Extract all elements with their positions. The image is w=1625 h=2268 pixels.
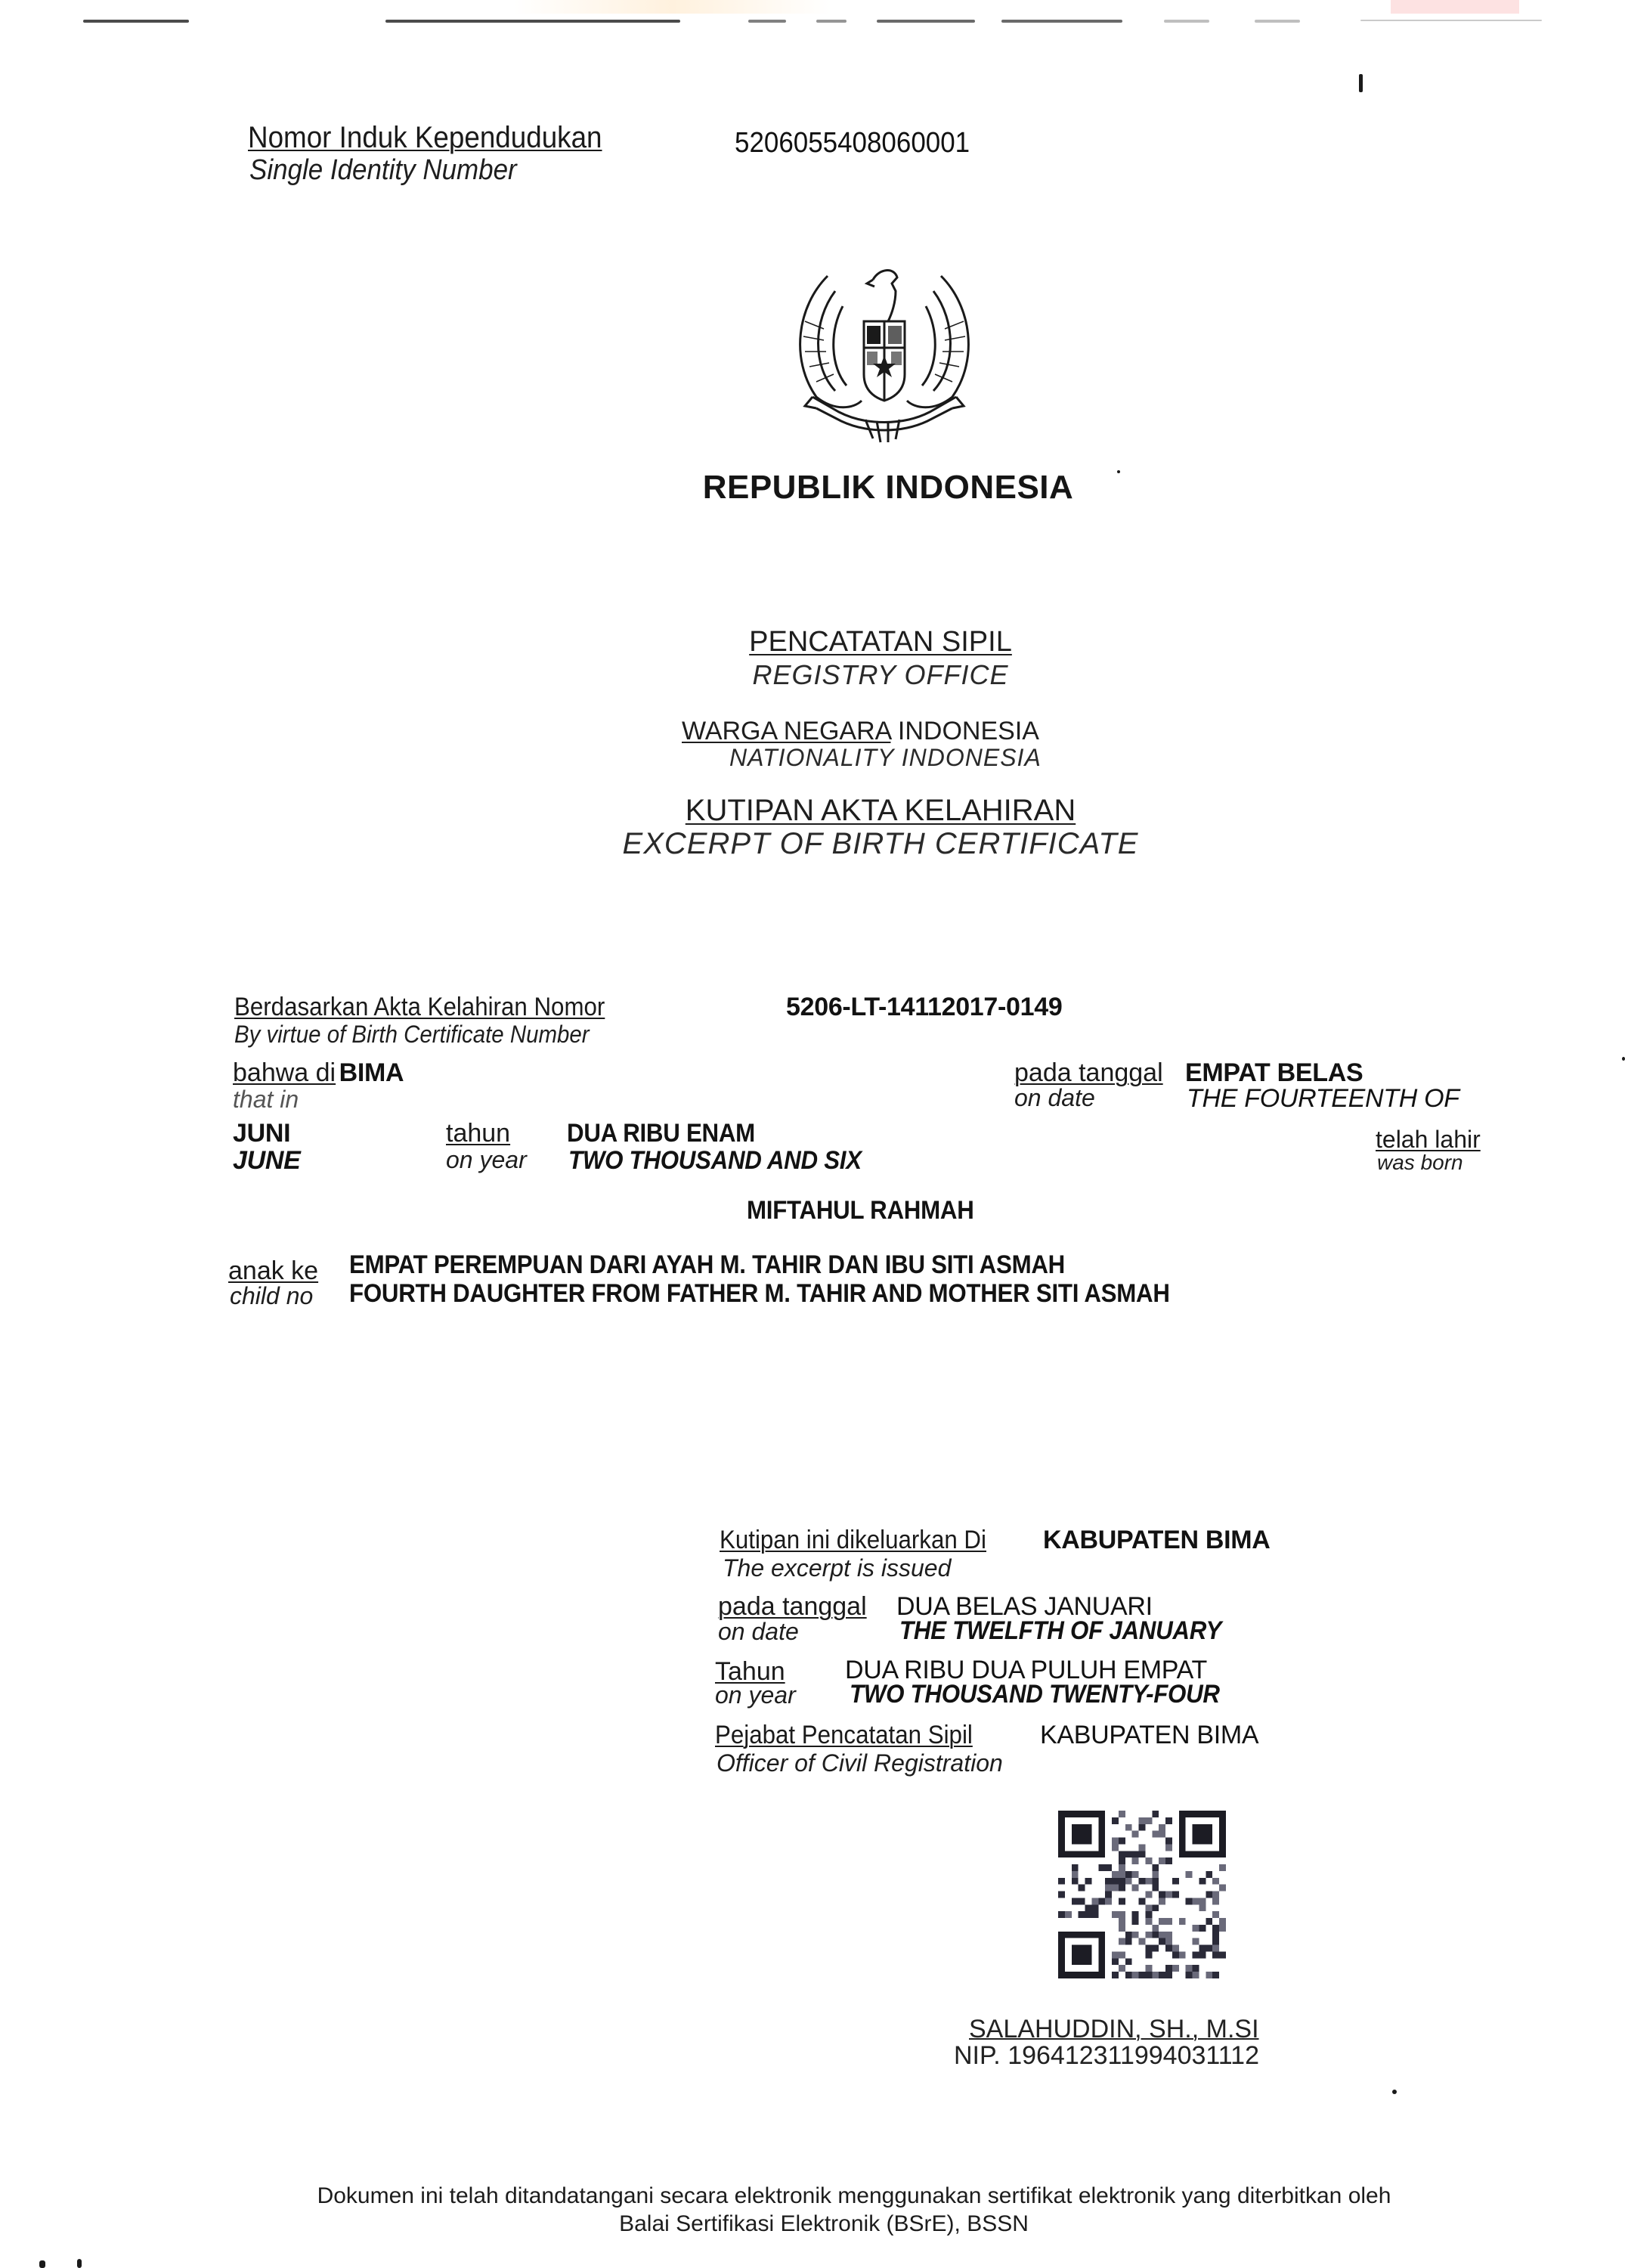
- officer-region-value: KABUPATEN BIMA: [1040, 1721, 1258, 1749]
- child-no-value-en: FOURTH DAUGHTER FROM FATHER M. TAHIR AND…: [349, 1279, 1170, 1308]
- birth-month-value: JUNI: [233, 1119, 290, 1148]
- birth-year-value: DUA RIBU ENAM: [567, 1119, 755, 1148]
- nationality-label-en: NATIONALITY: [729, 744, 894, 771]
- nationality-value-en: INDONESIA: [902, 744, 1042, 771]
- nationality-label: WARGA NEGARA: [682, 717, 890, 745]
- nationality-line-en: NATIONALITY INDONESIA: [729, 744, 1042, 771]
- child-no-value: EMPAT PEREMPUAN DARI AYAH M. TAHIR DAN I…: [349, 1250, 1065, 1279]
- scan-line: [816, 20, 847, 23]
- scan-speck: [39, 2260, 45, 2268]
- document-title: KUTIPAN AKTA KELAHIRAN: [68, 794, 1625, 828]
- signer-name: SALAHUDDIN, SH., M.SI: [969, 2015, 1259, 2043]
- birth-date-label-en: on date: [1014, 1084, 1095, 1111]
- nik-value: 5206055408060001: [735, 127, 970, 159]
- footer-bsre-notice: Balai Sertifikasi Elektronik (BSrE), BSS…: [11, 2211, 1625, 2237]
- country-title: REPUBLIK INDONESIA: [76, 469, 1625, 507]
- garuda-emblem-icon: [782, 261, 986, 450]
- scan-speck: [1622, 1057, 1625, 1061]
- office-title-en: REGISTRY OFFICE: [68, 659, 1625, 691]
- child-name: MIFTAHUL RAHMAH: [747, 1196, 974, 1225]
- scan-tint-pink: [1391, 0, 1519, 14]
- scan-line: [748, 20, 786, 23]
- scan-line: [83, 20, 189, 23]
- qr-code-icon: [1058, 1808, 1226, 1981]
- scan-line: [1255, 20, 1300, 23]
- officer-label-en: Officer of Civil Registration: [717, 1749, 1003, 1777]
- scan-speck: [1392, 2090, 1397, 2094]
- birth-year-value-en: TWO THOUSAND AND SIX: [568, 1146, 862, 1175]
- birth-day-value-en: THE FOURTEENTH OF: [1187, 1084, 1459, 1113]
- document-title-en: EXCERPT OF BIRTH CERTIFICATE: [68, 827, 1625, 861]
- cert-number-value: 5206-LT-14112017-0149: [786, 993, 1062, 1021]
- issued-date-label: pada tanggal: [718, 1592, 867, 1621]
- cert-number-label-en: By virtue of Birth Certificate Number: [234, 1021, 590, 1048]
- signer-nip: NIP. 196412311994031112: [954, 2041, 1259, 2070]
- born-label-en: was born: [1377, 1149, 1463, 1176]
- scan-line: [385, 20, 680, 23]
- birth-year-label: tahun: [446, 1119, 510, 1148]
- issued-year-value-en: TWO THOUSAND TWENTY-FOUR: [850, 1680, 1220, 1709]
- issued-date-value-en: THE TWELFTH OF JANUARY: [899, 1616, 1221, 1645]
- scan-tint-orange: [514, 0, 831, 14]
- birth-year-label-en: on year: [446, 1146, 527, 1173]
- place-label-en: that in: [233, 1086, 299, 1113]
- nationality-value: INDONESIA: [898, 717, 1039, 745]
- child-no-label: anak ke: [228, 1256, 318, 1285]
- birth-date-label: pada tanggal: [1014, 1058, 1163, 1087]
- issued-place-value: KABUPATEN BIMA: [1043, 1526, 1271, 1554]
- scan-speck: [77, 2259, 82, 2268]
- issued-year-label-en: on year: [715, 1681, 796, 1709]
- nik-label-en: Single Identity Number: [249, 154, 517, 186]
- office-title: PENCATATAN SIPIL: [68, 626, 1625, 658]
- nik-label: Nomor Induk Kependudukan: [248, 121, 602, 154]
- birth-month-value-en: JUNE: [233, 1146, 301, 1175]
- scan-speck: [1359, 74, 1363, 92]
- issued-label: Kutipan ini dikeluarkan Di: [720, 1526, 986, 1554]
- issued-date-label-en: on date: [718, 1618, 799, 1645]
- issued-label-en: The excerpt is issued: [723, 1554, 951, 1582]
- birth-day-value: EMPAT BELAS: [1185, 1058, 1363, 1087]
- officer-label: Pejabat Pencatatan Sipil: [715, 1721, 973, 1749]
- scan-line: [1164, 20, 1209, 23]
- scan-speck: [1117, 470, 1120, 473]
- cert-number-label: Berdasarkan Akta Kelahiran Nomor: [234, 993, 605, 1021]
- place-value: BIMA: [339, 1058, 404, 1087]
- scan-line: [1360, 20, 1542, 21]
- nationality-line: WARGA NEGARA INDONESIA: [682, 717, 1039, 745]
- footer-esign-notice: Dokumen ini telah ditandatangani secara …: [42, 2183, 1625, 2209]
- scan-line: [877, 20, 975, 23]
- scan-line: [1001, 20, 1122, 23]
- child-no-label-en: child no: [230, 1282, 313, 1309]
- place-label: bahwa di: [233, 1058, 336, 1087]
- place-line: bahwa di BIMA: [233, 1058, 404, 1087]
